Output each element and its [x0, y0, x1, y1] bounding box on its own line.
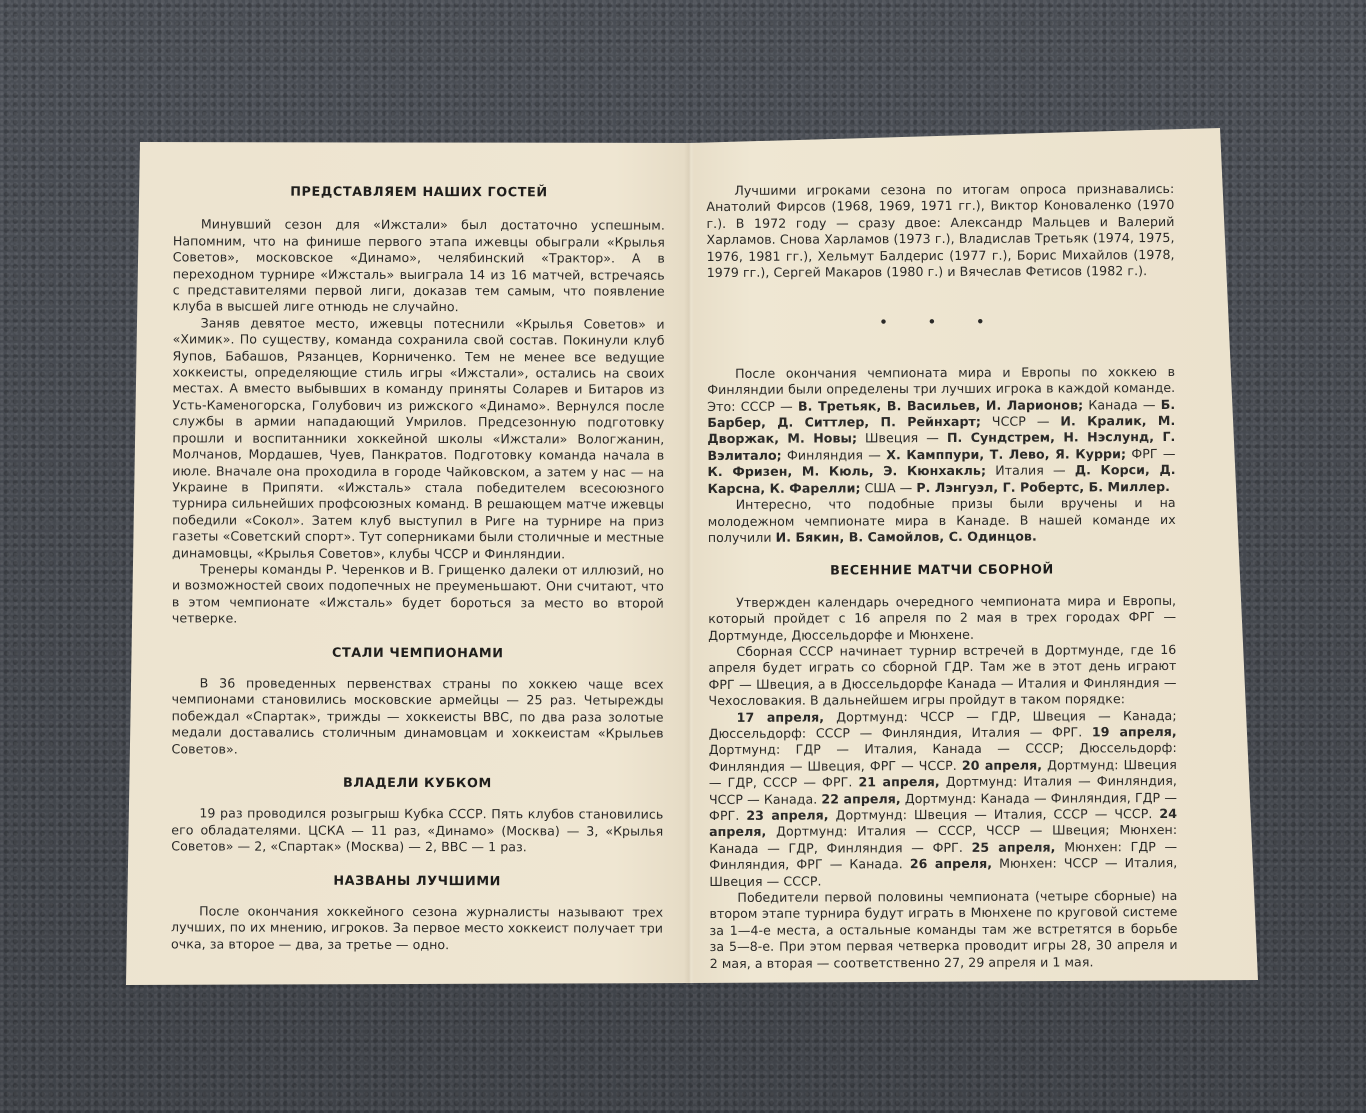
schedule-date: 23 апреля,	[746, 807, 828, 822]
world-championship-best-paragraph: После окончания чемпионата мира и Европы…	[707, 364, 1176, 497]
team-best-players: Р. Лэнгуэл, Г. Робертс, Б. Миллер.	[916, 479, 1170, 495]
team-best-players: К. Фризен, М. Кюль, Э. Кюнхакль;	[708, 463, 987, 479]
schedule-date: 21 апреля,	[858, 774, 939, 789]
youth-players: И. Бякин, В. Самойлов, С. Одинцов.	[776, 528, 1037, 544]
section-separator: • • •	[707, 313, 1175, 331]
schedule-date: 19 апреля,	[1092, 724, 1177, 739]
schedule-games: Дортмунд: Швеция — Италия, СССР — ЧССР.	[829, 806, 1160, 822]
heading-champions: СТАЛИ ЧЕМПИОНАМИ	[172, 645, 664, 663]
paragraph: 19 раз проводился розыгрыш Кубка СССР. П…	[171, 806, 663, 857]
paragraph: Заняв девятое место, ижевцы потеснили «К…	[172, 315, 665, 562]
schedule-date: 26 апреля,	[910, 856, 992, 871]
team-name: СССР —	[741, 398, 798, 413]
schedule-date: 25 апреля,	[972, 839, 1056, 854]
team-name: ФРГ —	[1126, 446, 1175, 461]
heading-guests: ПРЕДСТАВЛЯЕМ НАШИХ ГОСТЕЙ	[173, 184, 665, 202]
team-name: Канада —	[1083, 397, 1161, 412]
youth-paragraph: Интересно, что подобные призы были вруче…	[708, 495, 1176, 546]
match-schedule: 17 апреля, Дортмунд: ЧССР — ГДР, Швеция …	[709, 708, 1178, 891]
paragraph: Утвержден календарь очередного чемпионат…	[708, 593, 1176, 644]
team-best-players: В. Третьяк, В. Васильев, И. Ларионов;	[798, 397, 1083, 413]
heading-best: НАЗВАНЫ ЛУЧШИМИ	[171, 873, 663, 891]
left-page: ПРЕДСТАВЛЯЕМ НАШИХ ГОСТЕЙ Минувший сезон…	[171, 182, 665, 954]
paragraph: Победители первой половины чемпионата (ч…	[709, 888, 1177, 972]
heading-cup: ВЛАДЕЛИ КУБКОМ	[171, 775, 663, 793]
team-name: Финляндия —	[782, 447, 886, 462]
schedule-date: 20 апреля,	[962, 757, 1042, 772]
team-name: Италия —	[986, 463, 1075, 478]
heading-spring-matches: ВЕСЕННИЕ МАТЧИ СБОРНОЙ	[708, 562, 1176, 580]
paragraph: Сборная СССР начинает турнир встречей в …	[708, 642, 1176, 710]
paragraph: Минувший сезон для «Ижстали» был достато…	[173, 217, 665, 317]
center-fold	[684, 140, 694, 985]
team-best-players: Х. Камппури, Т. Лево, Я. Курри;	[886, 446, 1126, 462]
paragraph: Тренеры команды Р. Черенков и В. Грищенк…	[172, 561, 664, 628]
team-name: США —	[860, 480, 916, 495]
wc-team-list: СССР — В. Третьяк, В. Васильев, И. Ларио…	[707, 397, 1175, 496]
best-players-paragraph: Лучшими игроками сезона по итогам опроса…	[706, 181, 1174, 281]
schedule-date: 22 апреля,	[821, 791, 900, 806]
paragraph: В 36 проведенных первенствах страны по х…	[172, 675, 664, 758]
team-name: Швеция —	[857, 430, 947, 445]
right-page: Лучшими игроками сезона по итогам опроса…	[706, 181, 1177, 972]
team-name: ЧССР —	[981, 414, 1060, 429]
schedule-date: 17 апреля,	[737, 709, 825, 724]
paragraph: После окончания хоккейного сезона журнал…	[171, 903, 663, 954]
